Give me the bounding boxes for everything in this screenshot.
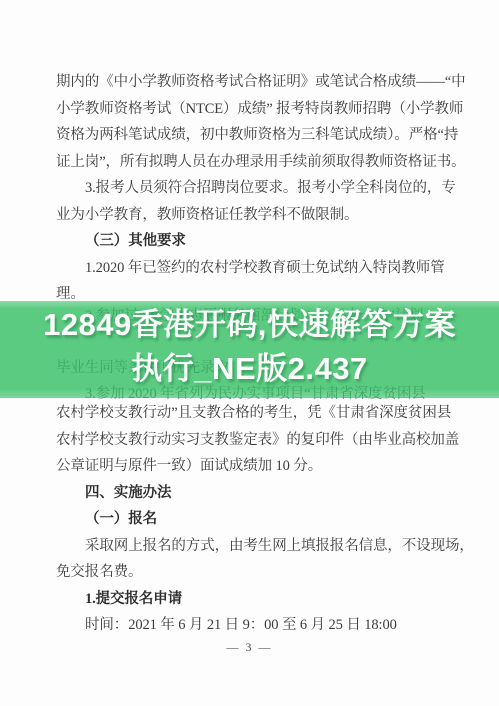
document-lower-text-block: 农村学校支教行动”且支教合格的考生，凭《甘肃省深度贫困县 农村学校支教行动实习支… (56, 400, 460, 639)
section-heading-other-requirements: （三）其他要求 (56, 228, 460, 255)
doc-text-line: 农村学校支教行动”且支教合格的考生，凭《甘肃省深度贫困县 (56, 400, 460, 427)
doc-text-line: 期内的《中小学教师资格考试合格证明》或笔试合格成绩——“中 (56, 69, 460, 96)
scanned-document-page: 期内的《中小学教师资格考试合格证明》或笔试合格成绩——“中 小学教师资格考试（N… (0, 0, 499, 706)
subsection-heading-submit-application: 1.提交报名申请 (56, 586, 460, 613)
doc-text-line-registration-time: 时间：2021 年 6 月 21 日 9：00 至 6 月 25 日 18:00 (56, 612, 460, 639)
doc-text-line: 业为小学教育，教师资格证任教学科不做限制。 (56, 202, 460, 229)
watermark-headline-line2: 执行_NE版2.437 (0, 347, 499, 391)
doc-text-line: 采取网上报名的方式，由考生网上填报报名信息，不设现场， (56, 533, 460, 560)
doc-text-line: 1.2020 年已签约的农村学校教育硕士免试纳入特岗教师管 (56, 255, 460, 282)
doc-text-line: 农村学校支教行动实习支教鉴定表》的复印件（由毕业高校加盖 (56, 427, 460, 454)
section-heading-registration: （一）报名 (56, 506, 460, 533)
doc-text-line: 公章证明与原件一致）面试成绩加 10 分。 (56, 453, 460, 480)
doc-text-line: 免交报名费。 (56, 559, 460, 586)
document-upper-text-block: 期内的《中小学教师资格考试合格证明》或笔试合格成绩——“中 小学教师资格考试（N… (56, 69, 460, 308)
doc-text-line: 证上岗”，所有拟聘人员在办理录用手续前须取得教师资格证书。 (56, 149, 460, 176)
page-number: — 3 — (0, 640, 499, 655)
doc-text-line: 3.报考人员须符合招聘岗位要求。报考小学全科岗位的，专 (56, 175, 460, 202)
watermark-banner: 2.参加过“大学生志愿服务西部计划”、“三支一扶”计划 毕业生同等条件下优先录取… (0, 301, 499, 398)
section-heading-implementation-measures: 四、实施办法 (56, 480, 460, 507)
doc-text-line: 资格为两科笔试成绩，初中教师资格为三科笔试成绩）。严格“持 (56, 122, 460, 149)
watermark-headline-line1: 12849香港开码,快速解答方案 (0, 303, 499, 347)
doc-text-line: 小学教师资格考试（NTCE）成绩” 报考特岗教师招聘（小学教师 (56, 96, 460, 123)
